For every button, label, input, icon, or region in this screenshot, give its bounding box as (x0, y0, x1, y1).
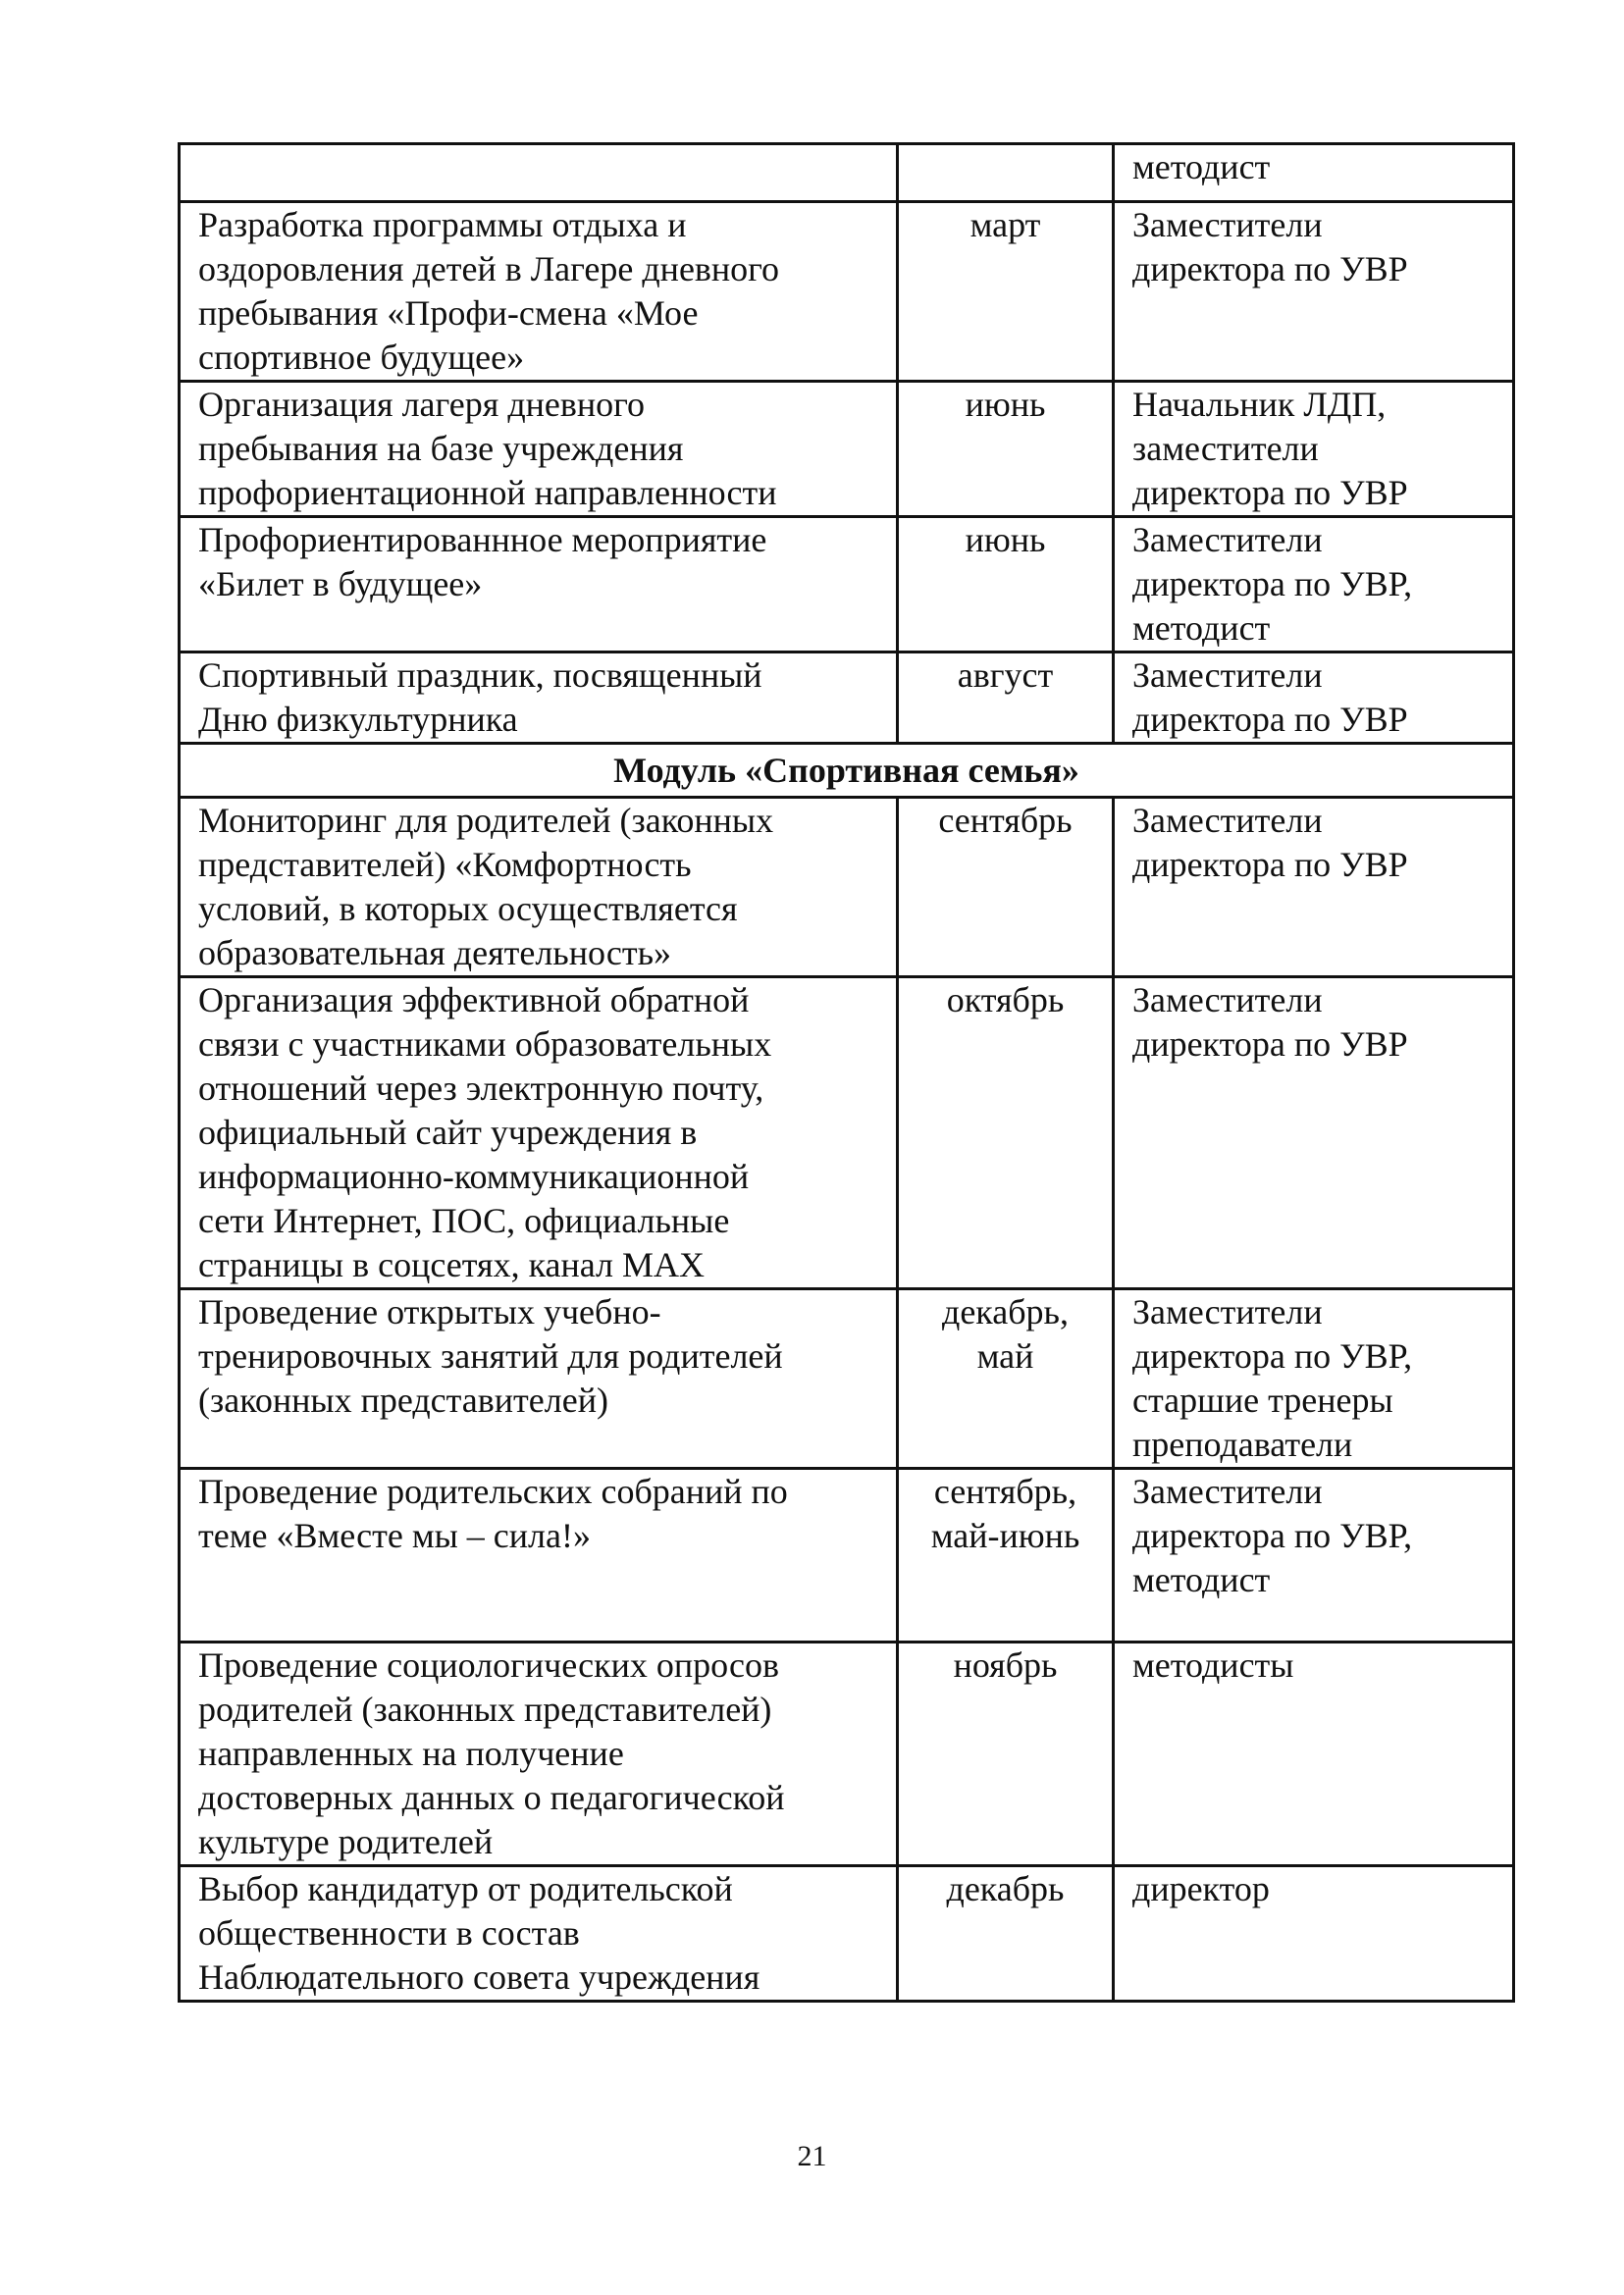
responsible-cell: Заместители директора по УВР, методист (1114, 517, 1514, 652)
module-title: Модуль «Спортивная семья» (180, 744, 1514, 798)
module-header-row: Модуль «Спортивная семья» (180, 744, 1514, 798)
page-number: 21 (0, 2140, 1624, 2173)
responsible-cell: директор (1114, 1866, 1514, 2002)
table-row: Профориентированнное мероприятие «Билет … (180, 517, 1514, 652)
date-cell: март (898, 202, 1114, 382)
date-cell: июнь (898, 517, 1114, 652)
table-row: Организация лагеря дневного пребывания н… (180, 382, 1514, 517)
table-row: методист (180, 144, 1514, 202)
table-row: Проведение социологических опросов родит… (180, 1643, 1514, 1866)
date-cell (898, 144, 1114, 202)
responsible-cell: методист (1114, 144, 1514, 202)
table-row: Проведение родительских собраний по теме… (180, 1469, 1514, 1643)
date-cell: сентябрь (898, 798, 1114, 977)
responsible-cell: Заместители директора по УВР (1114, 798, 1514, 977)
responsible-cell: Начальник ЛДП, заместители директора по … (1114, 382, 1514, 517)
table-row: Разработка программы отдыха и оздоровлен… (180, 202, 1514, 382)
document-page: методистРазработка программы отдыха и оз… (0, 0, 1624, 2295)
responsible-cell: Заместители директора по УВР (1114, 977, 1514, 1289)
table-row: Мониторинг для родителей (законных предс… (180, 798, 1514, 977)
date-cell: декабрь (898, 1866, 1114, 2002)
responsible-cell: Заместители директора по УВР (1114, 202, 1514, 382)
responsible-cell: Заместители директора по УВР, старшие тр… (1114, 1289, 1514, 1469)
responsible-cell: Заместители директора по УВР, методист (1114, 1469, 1514, 1643)
table-row: Выбор кандидатур от родительской обществ… (180, 1866, 1514, 2002)
table-row: Спортивный праздник, посвященный Дню физ… (180, 652, 1514, 744)
table-row: Организация эффективной обратной связи с… (180, 977, 1514, 1289)
date-cell: июнь (898, 382, 1114, 517)
event-cell: Проведение открытых учебно- тренировочны… (180, 1289, 898, 1469)
event-cell: Проведение социологических опросов родит… (180, 1643, 898, 1866)
event-cell: Мониторинг для родителей (законных предс… (180, 798, 898, 977)
event-cell: Разработка программы отдыха и оздоровлен… (180, 202, 898, 382)
event-cell (180, 144, 898, 202)
event-cell: Проведение родительских собраний по теме… (180, 1469, 898, 1643)
responsible-cell: Заместители директора по УВР (1114, 652, 1514, 744)
event-cell: Организация лагеря дневного пребывания н… (180, 382, 898, 517)
date-cell: октябрь (898, 977, 1114, 1289)
responsible-cell: методисты (1114, 1643, 1514, 1866)
event-cell: Выбор кандидатур от родительской обществ… (180, 1866, 898, 2002)
date-cell: сентябрь, май-июнь (898, 1469, 1114, 1643)
event-cell: Спортивный праздник, посвященный Дню физ… (180, 652, 898, 744)
date-cell: ноябрь (898, 1643, 1114, 1866)
date-cell: декабрь, май (898, 1289, 1114, 1469)
table-row: Проведение открытых учебно- тренировочны… (180, 1289, 1514, 1469)
event-cell: Организация эффективной обратной связи с… (180, 977, 898, 1289)
date-cell: август (898, 652, 1114, 744)
event-cell: Профориентированнное мероприятие «Билет … (180, 517, 898, 652)
events-table: методистРазработка программы отдыха и оз… (178, 142, 1515, 2003)
